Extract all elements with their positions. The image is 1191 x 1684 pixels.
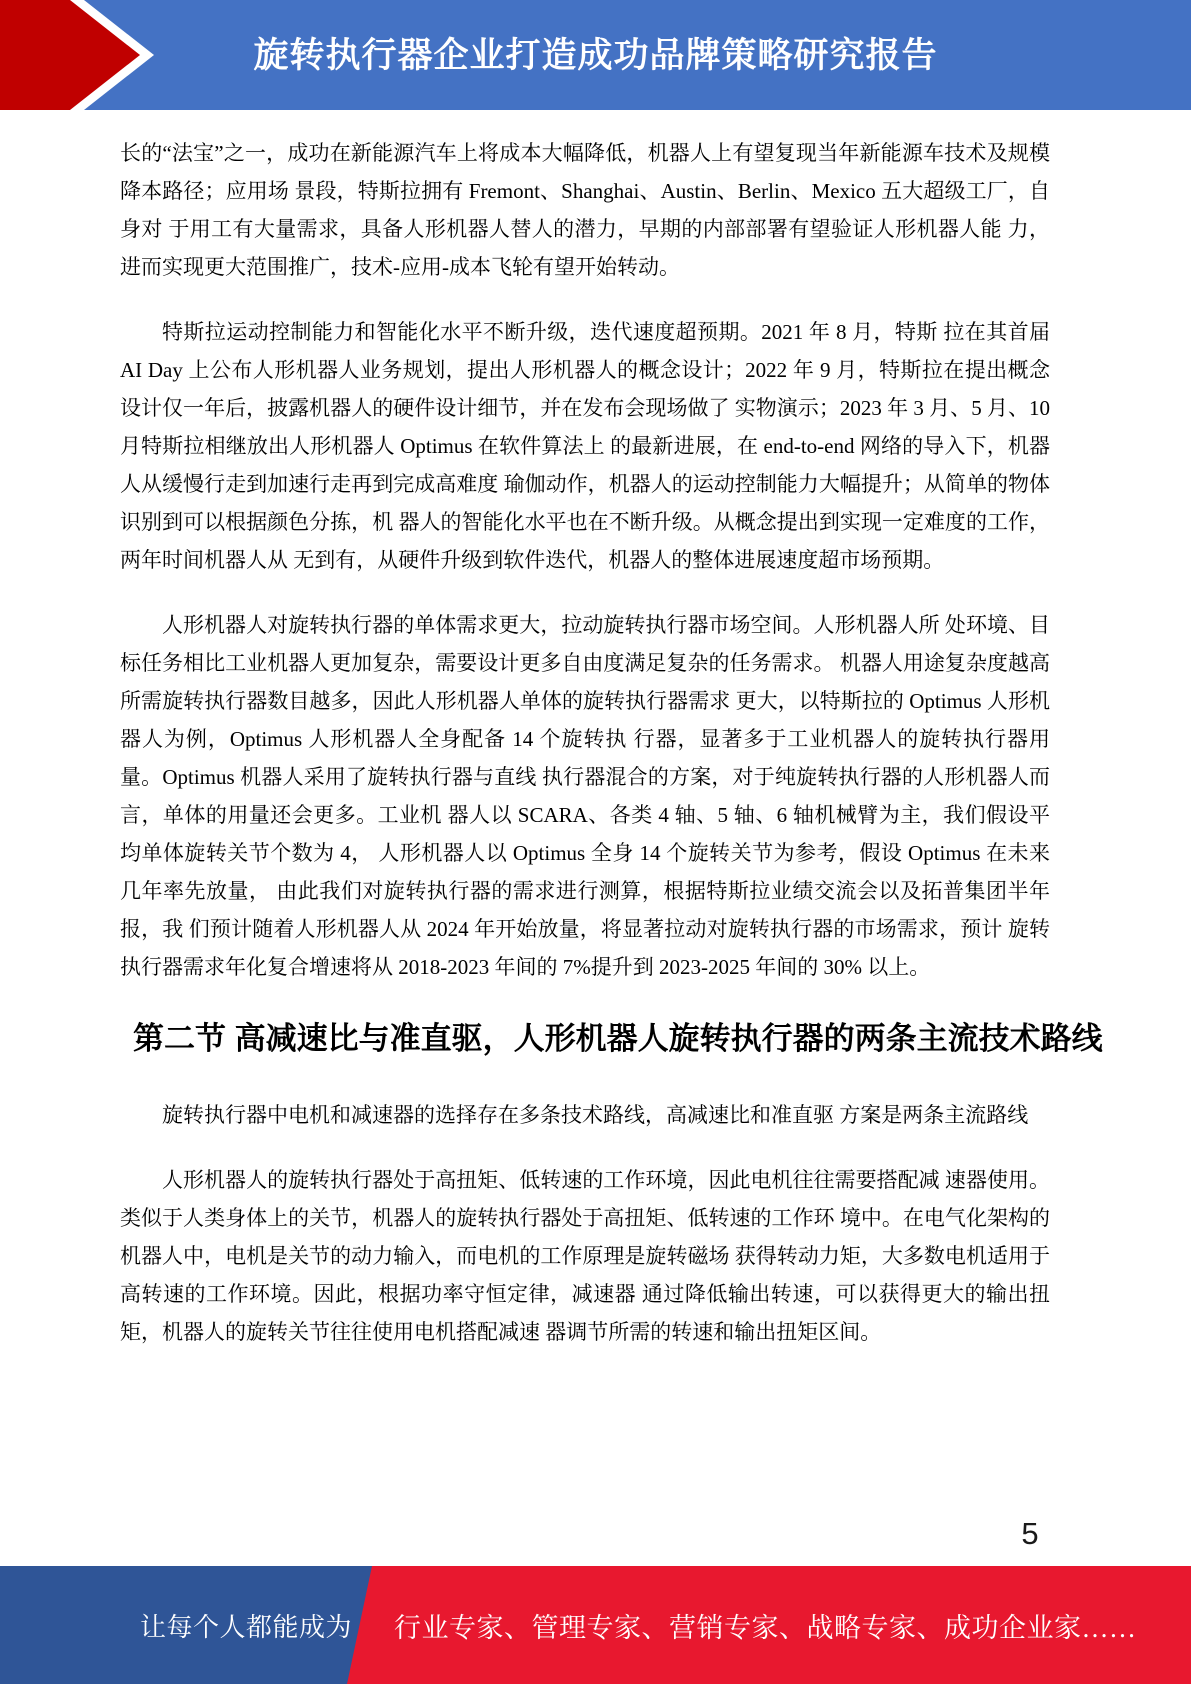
page-number: 5 — [1000, 1516, 1060, 1552]
section-heading: 第二节 高减速比与准直驱，人形机器人旋转执行器的两条主流技术路线 — [120, 1018, 1050, 1060]
paragraph: 长的“法宝”之一，成功在新能源汽车上将成本大幅降低，机器人上有望复现当年新能源车… — [120, 134, 1050, 286]
footer-slogan-left: 让每个人都能成为 — [143, 1566, 349, 1684]
paragraph: 人形机器人对旋转执行器的单体需求更大，拉动旋转执行器市场空间。人形机器人所 处环… — [120, 606, 1050, 986]
paragraph: 人形机器人的旋转执行器处于高扭矩、低转速的工作环境，因此电机往往需要搭配减 速器… — [120, 1161, 1050, 1351]
report-page: 旋转执行器企业打造成功品牌策略研究报告 长的“法宝”之一，成功在新能源汽车上将成… — [0, 0, 1191, 1684]
paragraph: 特斯拉运动控制能力和智能化水平不断升级，迭代速度超预期。2021 年 8 月，特… — [120, 313, 1050, 579]
paragraph: 旋转执行器中电机和减速器的选择存在多条技术路线，高减速比和准直驱 方案是两条主流… — [120, 1096, 1050, 1134]
footer-slogan-right: 行业专家、管理专家、营销专家、战略专家、成功企业家…… — [394, 1566, 1137, 1684]
footer-banner: 让每个人都能成为 行业专家、管理专家、营销专家、战略专家、成功企业家…… — [0, 1566, 1191, 1684]
document-body: 长的“法宝”之一，成功在新能源汽车上将成本大幅降低，机器人上有望复现当年新能源车… — [120, 110, 1050, 1378]
report-title: 旋转执行器企业打造成功品牌策略研究报告 — [0, 28, 1191, 78]
report-header-banner: 旋转执行器企业打造成功品牌策略研究报告 — [0, 0, 1191, 110]
